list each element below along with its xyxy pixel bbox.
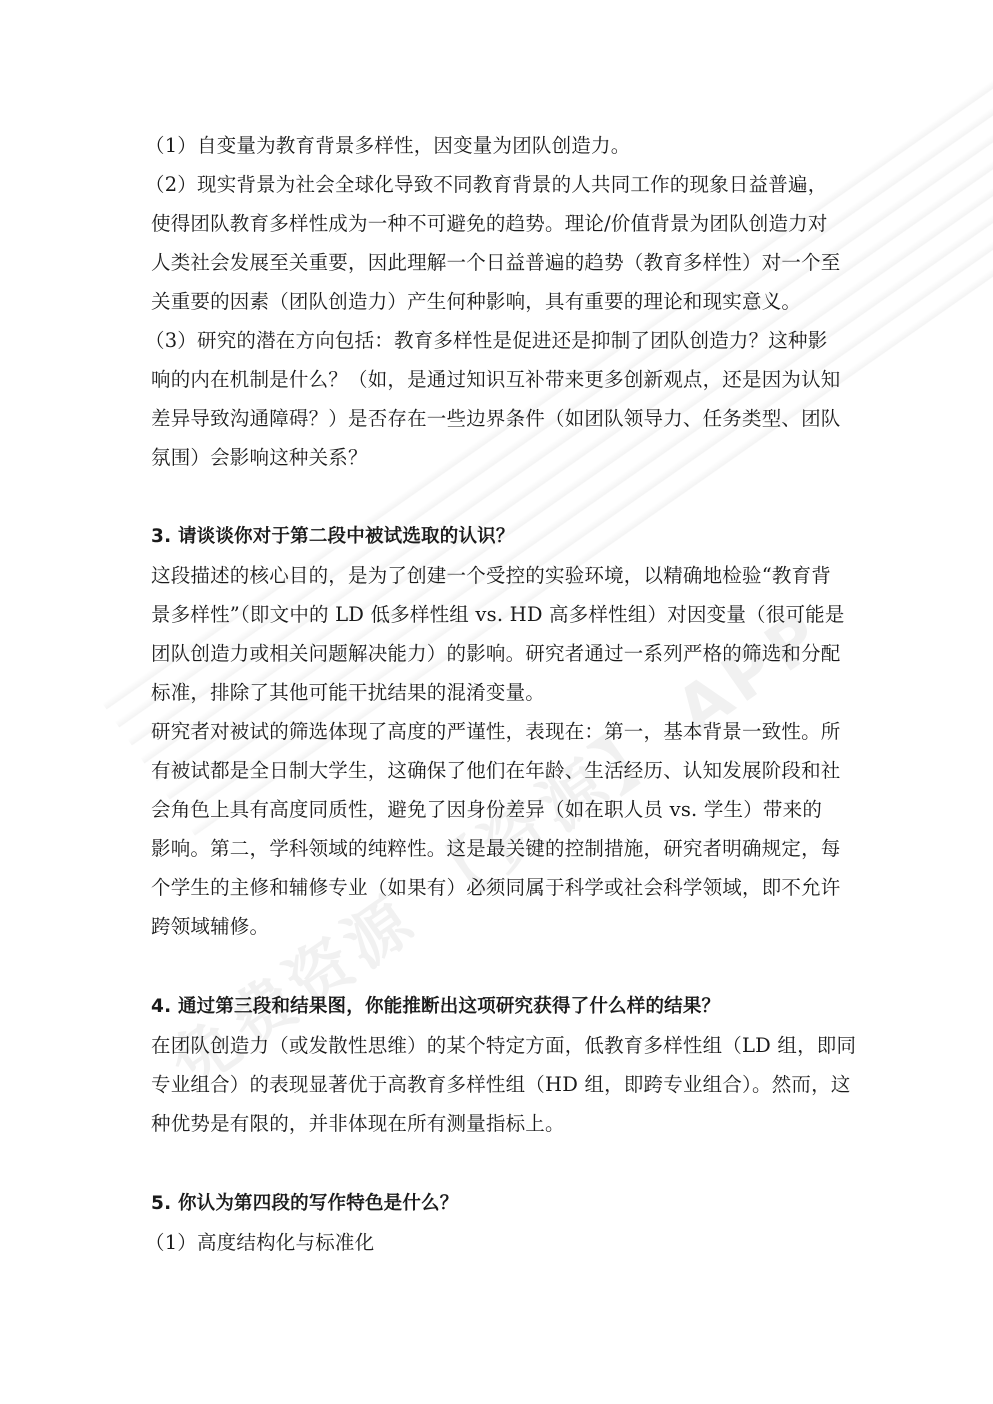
paragraph-line: 响的内在机制是什么？（如，是通过知识互补带来更多创新观点，还是因为认知 — [151, 360, 843, 399]
spacer — [151, 1143, 843, 1184]
document-page: 免费资源 【资源】 APP （1）自变量为教育背景多样性，因变量为团队创造力。 … — [0, 0, 993, 1404]
paragraph-line: （2）现实背景为社会全球化导致不同教育背景的人共同工作的现象日益普遍， — [145, 165, 843, 204]
question-4: 4. 通过第三段和结果图，你能推断出这项研究获得了什么样的结果？ 在团队创造力（… — [151, 987, 843, 1143]
paragraph-line: （1）自变量为教育背景多样性，因变量为团队创造力。 — [145, 126, 843, 165]
paragraph-line: 这段描述的核心目的，是为了创建一个受控的实验环境，以精确地检验“教育背 — [151, 556, 843, 595]
paragraph-line: 差异导致沟通障碍？）是否存在一些边界条件（如团队领导力、任务类型、团队 — [151, 399, 843, 438]
paragraph-line: 团队创造力或相关问题解决能力）的影响。研究者通过一系列严格的筛选和分配 — [151, 634, 843, 673]
paragraph-line: 会角色上具有高度同质性，避免了因身份差异（如在职人员 vs. 学生）带来的 — [151, 790, 843, 829]
paragraph-line: 跨领域辅修。 — [151, 907, 843, 946]
answer-block-2: （1）自变量为教育背景多样性，因变量为团队创造力。 （2）现实背景为社会全球化导… — [151, 126, 843, 477]
spacer — [151, 477, 843, 517]
question-heading: 3. 请谈谈你对于第二段中被试选取的认识？ — [151, 517, 843, 556]
paragraph-line: 种优势是有限的，并非体现在所有测量指标上。 — [151, 1104, 843, 1143]
paragraph-line: （1）高度结构化与标准化 — [145, 1223, 843, 1262]
paragraph-line: 人类社会发展至关重要，因此理解一个日益普遍的趋势（教育多样性）对一个至 — [151, 243, 843, 282]
paragraph-line: 使得团队教育多样性成为一种不可避免的趋势。理论/价值背景为团队创造力对 — [151, 204, 843, 243]
paragraph-line: 有被试都是全日制大学生，这确保了他们在年龄、生活经历、认知发展阶段和社 — [151, 751, 843, 790]
paragraph-line: （3）研究的潜在方向包括：教育多样性是促进还是抑制了团队创造力？这种影 — [145, 321, 843, 360]
paragraph-line: 在团队创造力（或发散性思维）的某个特定方面，低教育多样性组（LD 组，即同 — [151, 1026, 843, 1065]
question-heading: 5. 你认为第四段的写作特色是什么？ — [151, 1184, 843, 1223]
paragraph-line: 关重要的因素（团队创造力）产生何种影响，具有重要的理论和现实意义。 — [151, 282, 843, 321]
question-3: 3. 请谈谈你对于第二段中被试选取的认识？ 这段描述的核心目的，是为了创建一个受… — [151, 517, 843, 946]
document-body: （1）自变量为教育背景多样性，因变量为团队创造力。 （2）现实背景为社会全球化导… — [151, 126, 843, 1262]
paragraph-line: 专业组合）的表现显著优于高教育多样性组（HD 组，即跨专业组合）。然而，这 — [151, 1065, 843, 1104]
paragraph-line: 研究者对被试的筛选体现了高度的严谨性，表现在：第一，基本背景一致性。所 — [151, 712, 843, 751]
paragraph-line: 影响。第二，学科领域的纯粹性。这是最关键的控制措施，研究者明确规定，每 — [151, 829, 843, 868]
paragraph-line: 个学生的主修和辅修专业（如果有）必须同属于科学或社会科学领域，即不允许 — [151, 868, 843, 907]
paragraph-line: 氛围）会影响这种关系？ — [151, 438, 843, 477]
paragraph-line: 标准，排除了其他可能干扰结果的混淆变量。 — [151, 673, 843, 712]
question-heading: 4. 通过第三段和结果图，你能推断出这项研究获得了什么样的结果？ — [151, 987, 843, 1026]
spacer — [151, 946, 843, 987]
question-5: 5. 你认为第四段的写作特色是什么？ （1）高度结构化与标准化 — [151, 1184, 843, 1262]
paragraph-line: 景多样性”（即文中的 LD 低多样性组 vs. HD 高多样性组）对因变量（很可… — [151, 595, 843, 634]
